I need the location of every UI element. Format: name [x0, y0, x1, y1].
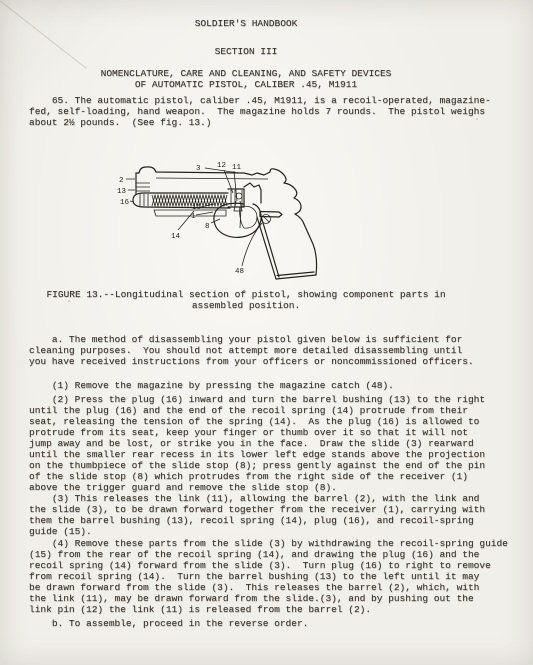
- magazine-base: [276, 272, 316, 279]
- callout-1: 1: [191, 213, 196, 221]
- callout-14: 14: [171, 233, 181, 241]
- scan-artifact-line: [0, 0, 87, 69]
- callout-2: 2: [119, 177, 124, 185]
- callout-15: 15: [192, 204, 202, 212]
- scanned-handbook-page: SOLDIER'S HANDBOOK SECTION III NOMENCLAT…: [0, 0, 533, 665]
- safety-lock-pin: [260, 212, 282, 218]
- step-3: (3) This releases the link (11), allowin…: [29, 493, 525, 537]
- plug-hatch: [140, 194, 148, 206]
- paragraph-b: b. To assemble, proceed in the reverse o…: [29, 618, 525, 629]
- step-4: (4) Remove these parts from the slide (3…: [29, 538, 525, 615]
- pistol-longitudinal-section-drawing: 3 12 11 2 13 16 14 15 1 8 48: [104, 149, 366, 290]
- chapter-title-line1: NOMENCLATURE, CARE AND CLEANING, AND SAF…: [0, 68, 492, 79]
- callout-8: 8: [205, 223, 210, 231]
- section-heading: SECTION III: [0, 46, 492, 57]
- barrel-bushing-lines: [136, 183, 150, 191]
- hammer-and-backstrap: [270, 169, 317, 275]
- figure-caption-line2: assembled position.: [0, 300, 492, 311]
- paragraph-a: a. The method of disassembling your pist…: [29, 334, 525, 367]
- figure-13-pistol-diagram: 3 12 11 2 13 16 14 15 1 8 48: [104, 149, 366, 290]
- slide-outline: [136, 167, 270, 175]
- callout-16: 16: [120, 199, 130, 207]
- callout-13: 13: [117, 188, 127, 196]
- callout-48: 48: [235, 268, 244, 276]
- firing-pin-housing: [244, 183, 261, 203]
- callout-3: 3: [196, 165, 201, 173]
- figure-caption-line1: FIGURE 13.--Longitudinal section of pist…: [0, 289, 492, 300]
- book-title: SOLDIER'S HANDBOOK: [0, 18, 492, 29]
- paragraph-65: 65. The automatic pistol, caliber .45, M…: [29, 95, 525, 128]
- barrel-top-line: [156, 178, 268, 179]
- callout-12: 12: [217, 162, 226, 170]
- step-2: (2) Press the plug (16) inward and turn …: [29, 394, 525, 493]
- callout-11: 11: [232, 164, 242, 172]
- chapter-title-line2: OF AUTOMATIC PISTOL, CALIBER .45, M1911: [0, 79, 492, 90]
- trigger: [240, 206, 257, 228]
- step-1: (1) Remove the magazine by pressing the …: [29, 380, 525, 391]
